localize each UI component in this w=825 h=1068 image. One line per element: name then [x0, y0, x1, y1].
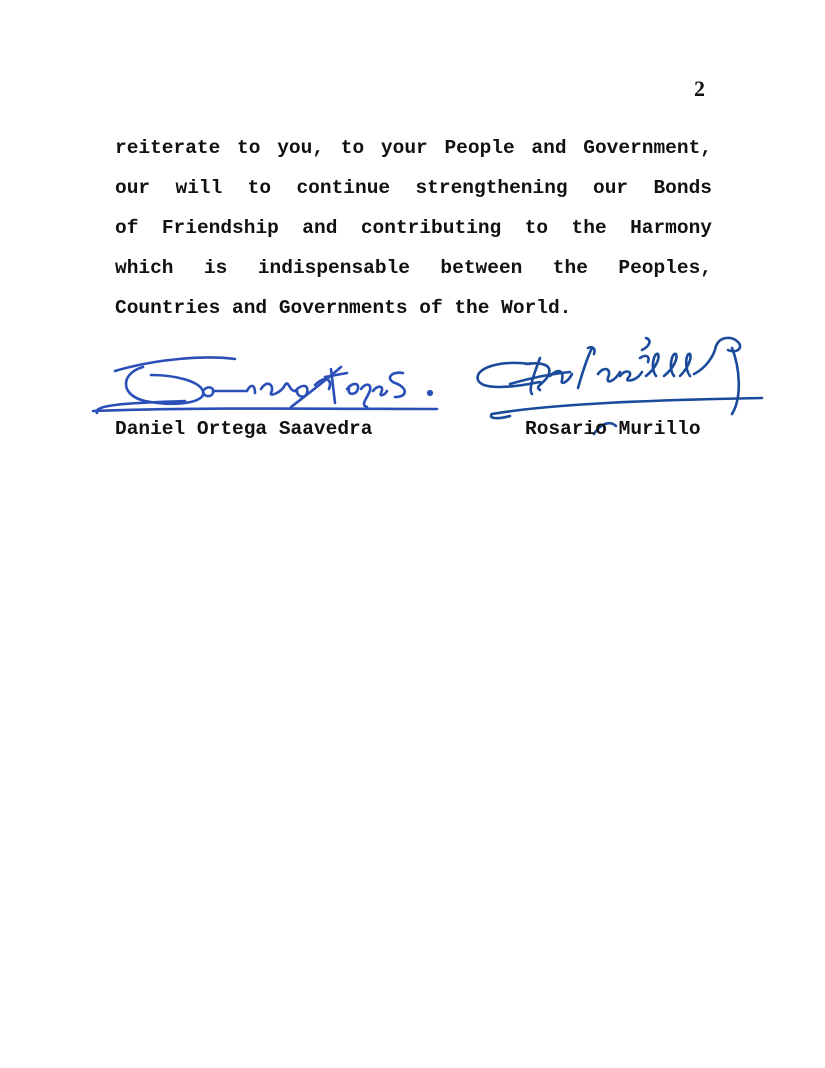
body-line: which is indispensable between the Peopl… — [115, 253, 712, 293]
body-line: of Friendship and contributing to the Ha… — [115, 213, 712, 253]
signature-ortega — [85, 345, 445, 425]
signatory-name-ortega: Daniel Ortega Saavedra — [115, 418, 372, 440]
body-line: reiterate to you, to your People and Gov… — [115, 133, 712, 173]
page-number: 2 — [694, 76, 714, 102]
body-line: Countries and Governments of the World. — [115, 293, 712, 333]
body-line: our will to continue strengthening our B… — [115, 173, 712, 213]
letter-body: reiterate to you, to your People and Gov… — [115, 133, 712, 333]
signatory-name-murillo: Rosario Murillo — [525, 418, 701, 440]
